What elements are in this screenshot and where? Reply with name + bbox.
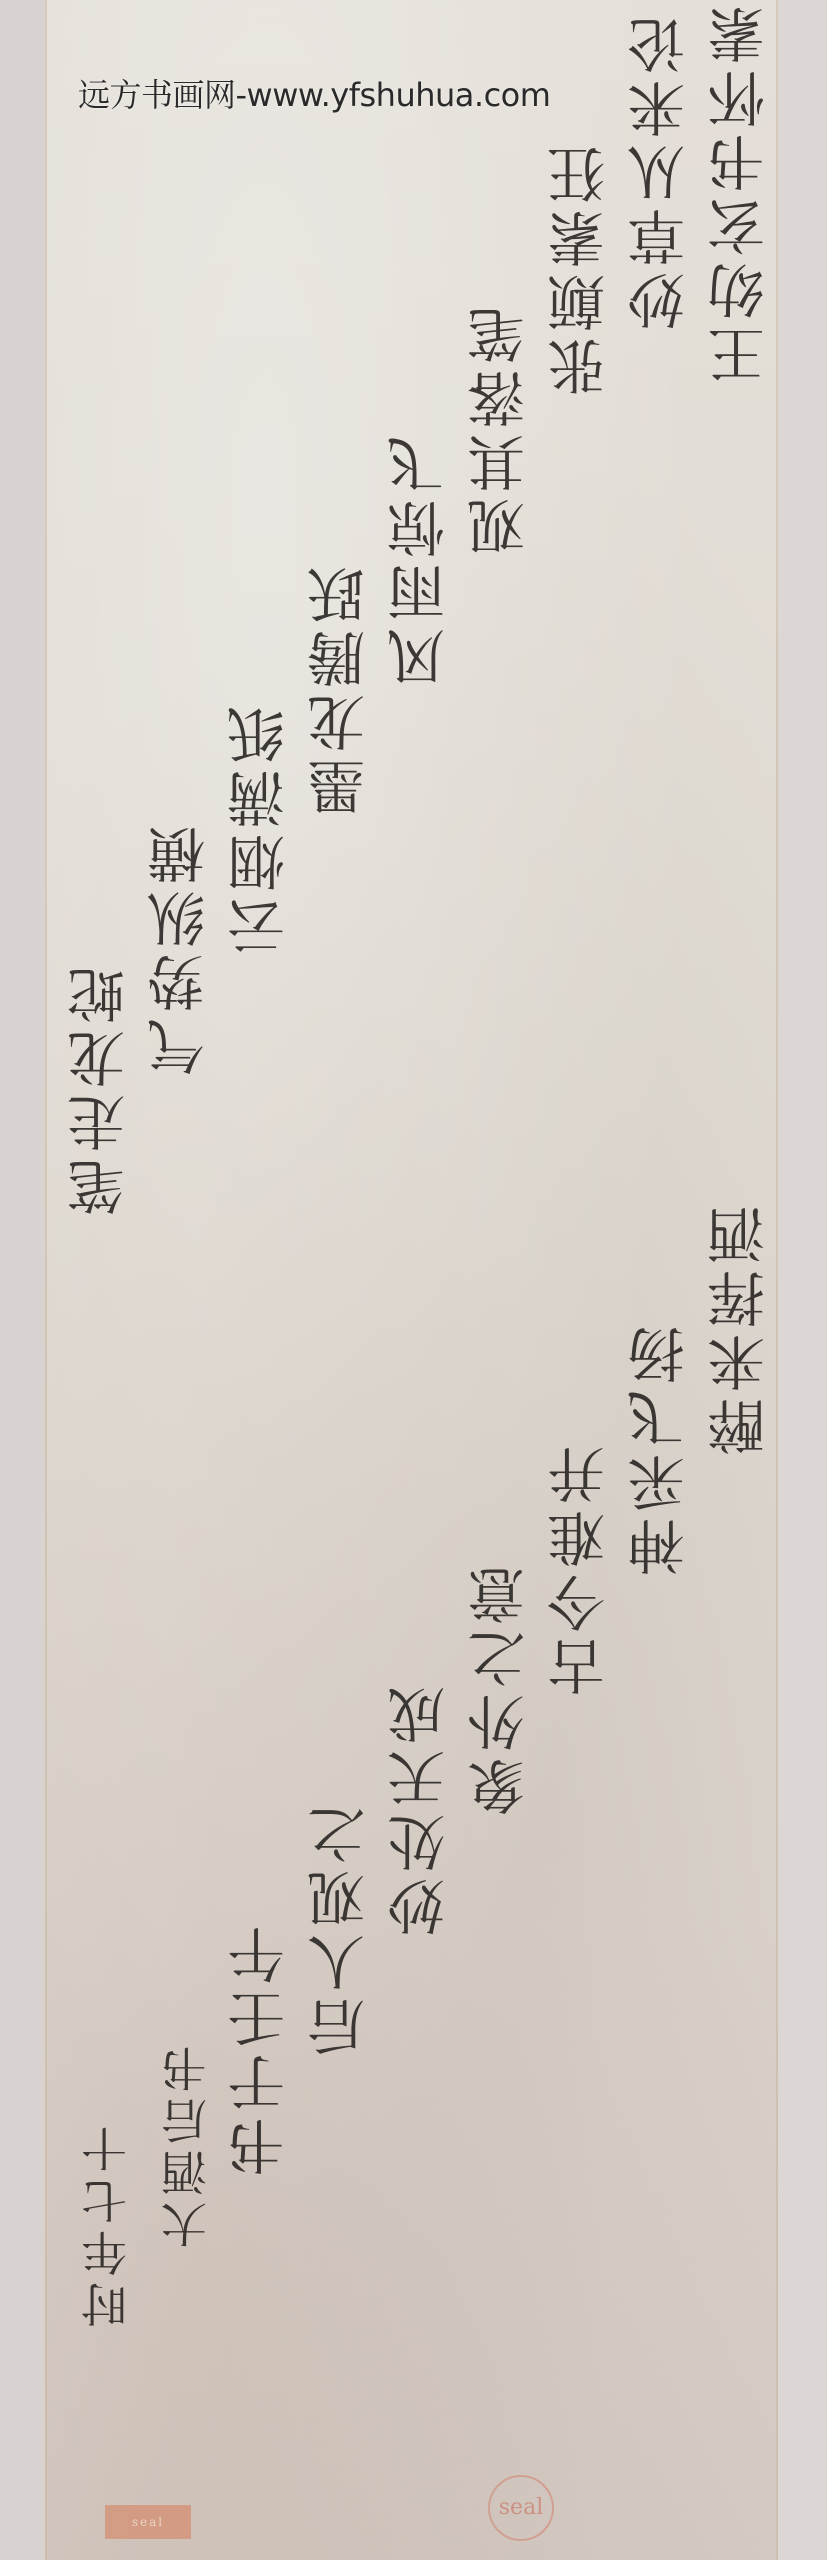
calligraphy-column: 象外之意: [472, 1560, 530, 1816]
calligraphy-column: 气势纵横: [152, 820, 210, 1076]
left-margin: [0, 0, 45, 2560]
calligraphy-column: 妙处天成: [392, 1680, 450, 1936]
calligraphy-column: 风雨惊飞: [392, 430, 450, 686]
calligraphy-column: 笔走龙蛇: [72, 960, 130, 1216]
calligraphy-column: 云烟满纸: [232, 700, 290, 956]
calligraphy-column: 墨龙腾跃: [312, 560, 370, 816]
round-seal-stamp: seal: [488, 2475, 554, 2541]
right-margin: [778, 0, 827, 2560]
calligraphy-columns: 王幼玄书怀素 妙草从来论 张颠素狂 观其落笔 风雨惊飞 墨龙腾跃 云烟满纸 气势…: [45, 0, 778, 2560]
calligraphy-column: 时年七十: [84, 2120, 130, 2328]
calligraphy-column: 张颠素狂: [552, 140, 610, 396]
calligraphy-column: 书于壬午: [232, 1920, 290, 2176]
calligraphy-column: 观其落笔: [472, 300, 530, 556]
site-watermark: 远方书画网-www.yfshuhua.com: [78, 70, 550, 116]
calligraphy-column: 妙草从来论: [632, 10, 690, 330]
calligraphy-column: 后人观之: [312, 1800, 370, 2056]
square-seal-stamp: seal: [105, 2505, 191, 2539]
calligraphy-column: 王幼玄书怀素: [712, 0, 770, 384]
calligraphy-column: 古今难并: [552, 1440, 610, 1696]
calligraphy-column: 大酒后书: [164, 2040, 210, 2248]
calligraphy-column: 醉来挥洒: [712, 1200, 770, 1456]
calligraphy-column: 神采飞扬: [632, 1320, 690, 1576]
